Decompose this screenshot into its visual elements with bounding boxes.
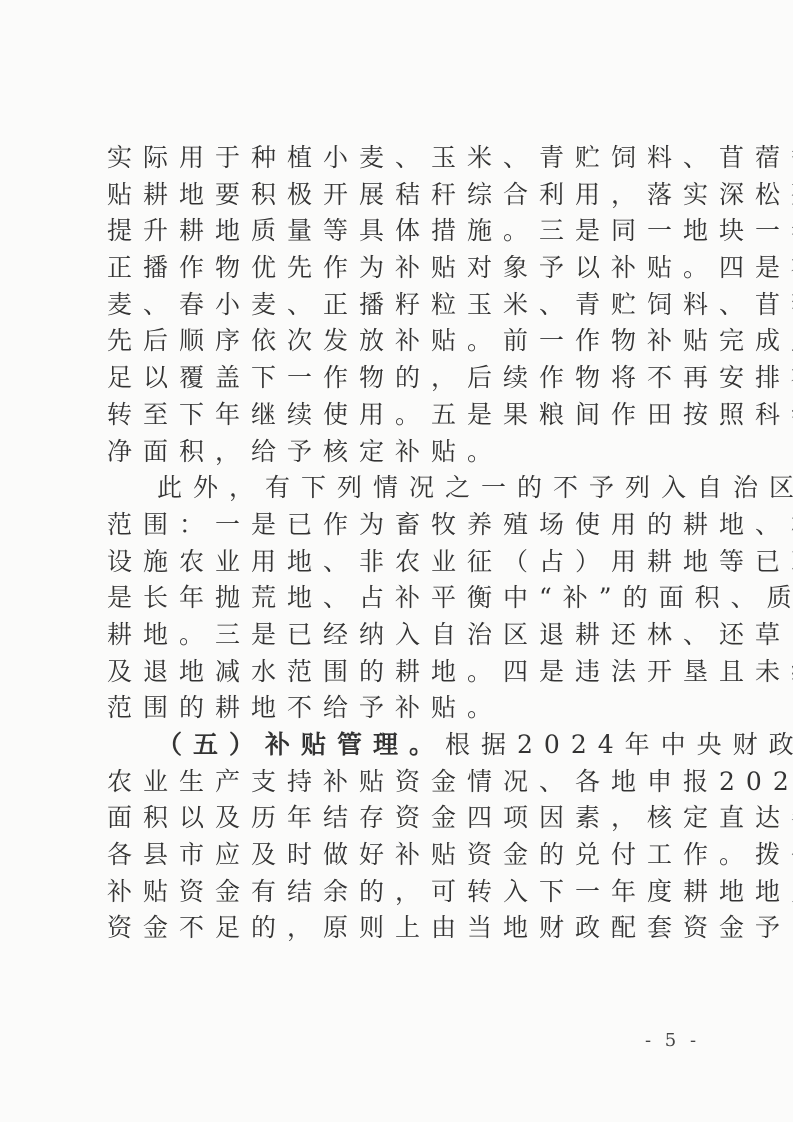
paragraph-1-line-7: 足以覆盖下一作物的，后续作物将不再安排补贴，剩余资金可结 <box>107 360 695 397</box>
paragraph-2-line-3: 设施农业用地、非农业征（占）用耕地等已改变用途的耕地。二 <box>107 544 695 581</box>
paragraph-2-line-6: 及退地减水范围的耕地。四是违法开垦且未纳入粮食生产功能区 <box>107 654 695 691</box>
paragraph-1-line-5: 麦、春小麦、正播籽粒玉米、青贮饲料、苜蓿和特色经济作物的 <box>107 287 695 324</box>
paragraph-3-line-3: 面积以及历年结存资金四项因素，核定直达各县（市）补贴资金。 <box>107 800 695 837</box>
paragraph-3-line-2: 农业生产支持补贴资金情况、各地申报2024年度冬春小麦补贴 <box>107 764 695 801</box>
paragraph-3-line-6: 资金不足的，原则上由当地财政配套资金予以补齐。 <box>107 910 695 947</box>
paragraph-2-line-4: 是长年抛荒地、占补平衡中“补”的面积、质量达不到耕种条件的 <box>107 580 695 617</box>
paragraph-1-line-2: 贴耕地要积极开展秸秆综合利用，落实深松整地等保护耕地地力， <box>107 177 695 214</box>
paragraph-3-first-line-text: 根据2024年中央财政和自治区财政安排 <box>445 730 793 759</box>
paragraph-1-line-9: 净面积，给予核定补贴。 <box>107 434 695 471</box>
paragraph-2-line-2: 范围：一是已作为畜牧养殖场使用的耕地、林地、成片粮田转为 <box>107 507 695 544</box>
paragraph-1-line-4: 正播作物优先作为补贴对象予以补贴。四是补贴作物以种植冬小 <box>107 250 695 287</box>
paragraph-3-line-4: 各县市应及时做好补贴资金的兑付工作。拨付各地耕地地力保护 <box>107 837 695 874</box>
paragraph-2-line-1: 此外，有下列情况之一的不予列入自治区耕地地力保护补贴 <box>107 470 695 507</box>
paragraph-1-line-8: 转至下年继续使用。五是果粮间作田按照科学折实后的粮食播种 <box>107 397 695 434</box>
paragraph-2-line-5: 耕地。三是已经纳入自治区退耕还林、还草（天然林地、草地） <box>107 617 695 654</box>
paragraph-3-line-5: 补贴资金有结余的，可转入下一年度耕地地力保护补贴继续使用； <box>107 874 695 911</box>
paragraph-1-line-1: 实际用于种植小麦、玉米、青贮饲料、苜蓿等特定作物。二是补 <box>107 140 695 177</box>
section-heading: （五）补贴管理。 <box>157 730 445 759</box>
paragraph-2-line-7: 范围的耕地不给予补贴。 <box>107 690 695 727</box>
paragraph-1-line-3: 提升耕地质量等具体措施。三是同一地块一年只能补贴一次，以 <box>107 213 695 250</box>
paragraph-1-line-6: 先后顺序依次发放补贴。前一作物补贴完成后，剩余补贴资金不 <box>107 323 695 360</box>
page-number: - 5 - <box>645 1030 700 1051</box>
body-text: 实际用于种植小麦、玉米、青贮饲料、苜蓿等特定作物。二是补 贴耕地要积极开展秸秆综… <box>107 140 695 947</box>
paragraph-3-line-1: （五）补贴管理。根据2024年中央财政和自治区财政安排 <box>107 727 695 764</box>
document-page: 实际用于种植小麦、玉米、青贮饲料、苜蓿等特定作物。二是补 贴耕地要积极开展秸秆综… <box>0 0 793 1122</box>
